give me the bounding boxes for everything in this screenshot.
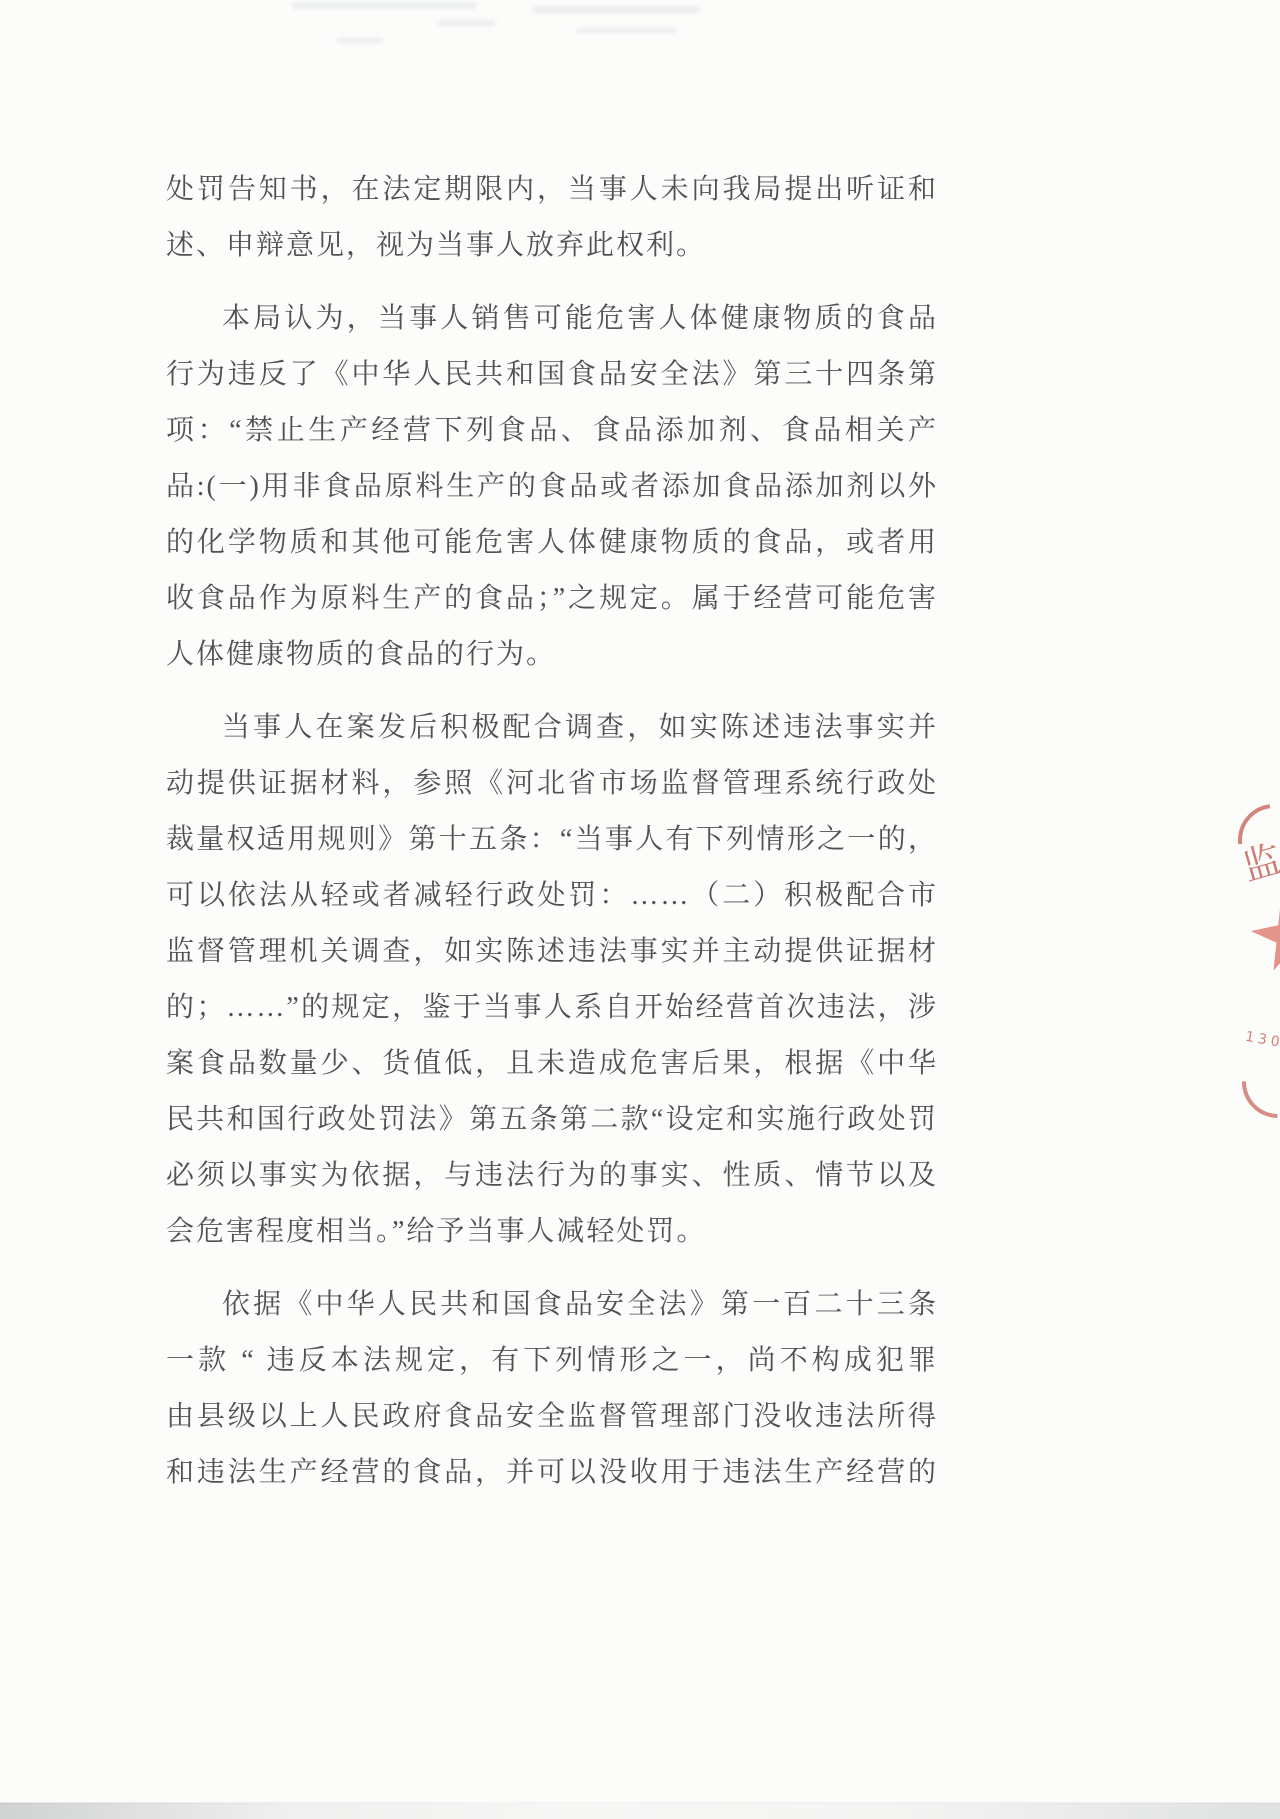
text-line: 案食品数量少、货值低，且未造成危害后果，根据《中华人 bbox=[166, 1036, 938, 1092]
scanned-document-page: 处罚告知书，在法定期限内，当事人未向我局提出听证和陈述、申辩意见，视为当事人放弃… bbox=[0, 0, 1280, 1819]
text-line: 必须以事实为依据，与违法行为的事实、性质、情节以及社 bbox=[166, 1148, 938, 1204]
text-line: 民共和国行政处罚法》第五条第二款“设定和实施行政处罚 bbox=[166, 1092, 938, 1148]
paragraph: 依据《中华人民共和国食品安全法》第一百二十三条第一款 “ 违反本法规定，有下列情… bbox=[166, 1277, 938, 1501]
paragraph: 当事人在案发后积极配合调查，如实陈述违法事实并主动提供证据材料，参照《河北省市场… bbox=[166, 700, 938, 1260]
bleedthrough-mark bbox=[292, 2, 477, 9]
text-line: 会危害程度相当。”给予当事人减轻处罚。 bbox=[166, 1204, 938, 1260]
text-line: 的；……”的规定，鉴于当事人系自开始经营首次违法，涉 bbox=[166, 980, 938, 1036]
text-line: 监督管理机关调查，如实陈述违法事实并主动提供证据材料 bbox=[166, 924, 938, 980]
text-line: 一款 “ 违反本法规定，有下列情形之一，尚不构成犯罪的， bbox=[166, 1333, 938, 1389]
bleedthrough-mark bbox=[532, 6, 700, 13]
seal-outer-ring-arc bbox=[1227, 1031, 1280, 1133]
seal-outer-ring-arc bbox=[1223, 789, 1280, 890]
paragraph: 本局认为，当事人销售可能危害人体健康物质的食品的行为违反了《中华人民共和国食品安… bbox=[166, 291, 938, 683]
document-text-column: 处罚告知书，在法定期限内，当事人未向我局提出听证和陈述、申辩意见，视为当事人放弃… bbox=[166, 162, 938, 1518]
text-line: 可以依法从轻或者减轻行政处罚：……（二）积极配合市场 bbox=[166, 868, 938, 924]
text-line: 的化学物质和其他可能危害人体健康物质的食品，或者用回 bbox=[166, 515, 938, 571]
text-line: 述、申辩意见，视为当事人放弃此权利。 bbox=[166, 218, 938, 274]
text-line: 当事人在案发后积极配合调查，如实陈述违法事实并主 bbox=[166, 700, 938, 756]
seal-ring-character: 监 bbox=[1235, 828, 1280, 891]
text-line: 处罚告知书，在法定期限内，当事人未向我局提出听证和陈 bbox=[166, 162, 938, 218]
paragraph: 处罚告知书，在法定期限内，当事人未向我局提出听证和陈述、申辩意见，视为当事人放弃… bbox=[166, 162, 938, 274]
text-line: 本局认为，当事人销售可能危害人体健康物质的食品的 bbox=[166, 291, 938, 347]
bleedthrough-mark bbox=[336, 38, 384, 43]
text-line: 收食品作为原料生产的食品；”之规定。属于经营可能危害 bbox=[166, 571, 938, 627]
text-line: 由县级以上人民政府食品安全监督管理部门没收违法所得 bbox=[166, 1389, 938, 1445]
bleedthrough-mark bbox=[576, 28, 678, 33]
text-line: 裁量权适用规则》第十五条：“当事人有下列情形之一的， bbox=[166, 812, 938, 868]
seal-star-icon: ★ bbox=[1237, 878, 1280, 990]
text-line: 依据《中华人民共和国食品安全法》第一百二十三条第 bbox=[166, 1277, 938, 1333]
official-seal-fragment: 监 ★ 130 bbox=[1232, 806, 1280, 1096]
text-line: 品:(一)用非食品原料生产的食品或者添加食品添加剂以外 bbox=[166, 459, 938, 515]
seal-serial-digits: 130 bbox=[1244, 1029, 1280, 1051]
bleedthrough-mark bbox=[438, 20, 496, 26]
text-line: 人体健康物质的食品的行为。 bbox=[166, 627, 938, 683]
text-line: 项：“禁止生产经营下列食品、食品添加剂、食品相关产 bbox=[166, 403, 938, 459]
text-line: 和违法生产经营的食品，并可以没收用于违法生产经营的工 bbox=[166, 1445, 938, 1501]
text-line: 行为违反了《中华人民共和国食品安全法》第三十四条第一 bbox=[166, 347, 938, 403]
text-line: 动提供证据材料，参照《河北省市场监督管理系统行政处罚 bbox=[166, 756, 938, 812]
scan-edge-shadow bbox=[0, 1803, 1280, 1819]
